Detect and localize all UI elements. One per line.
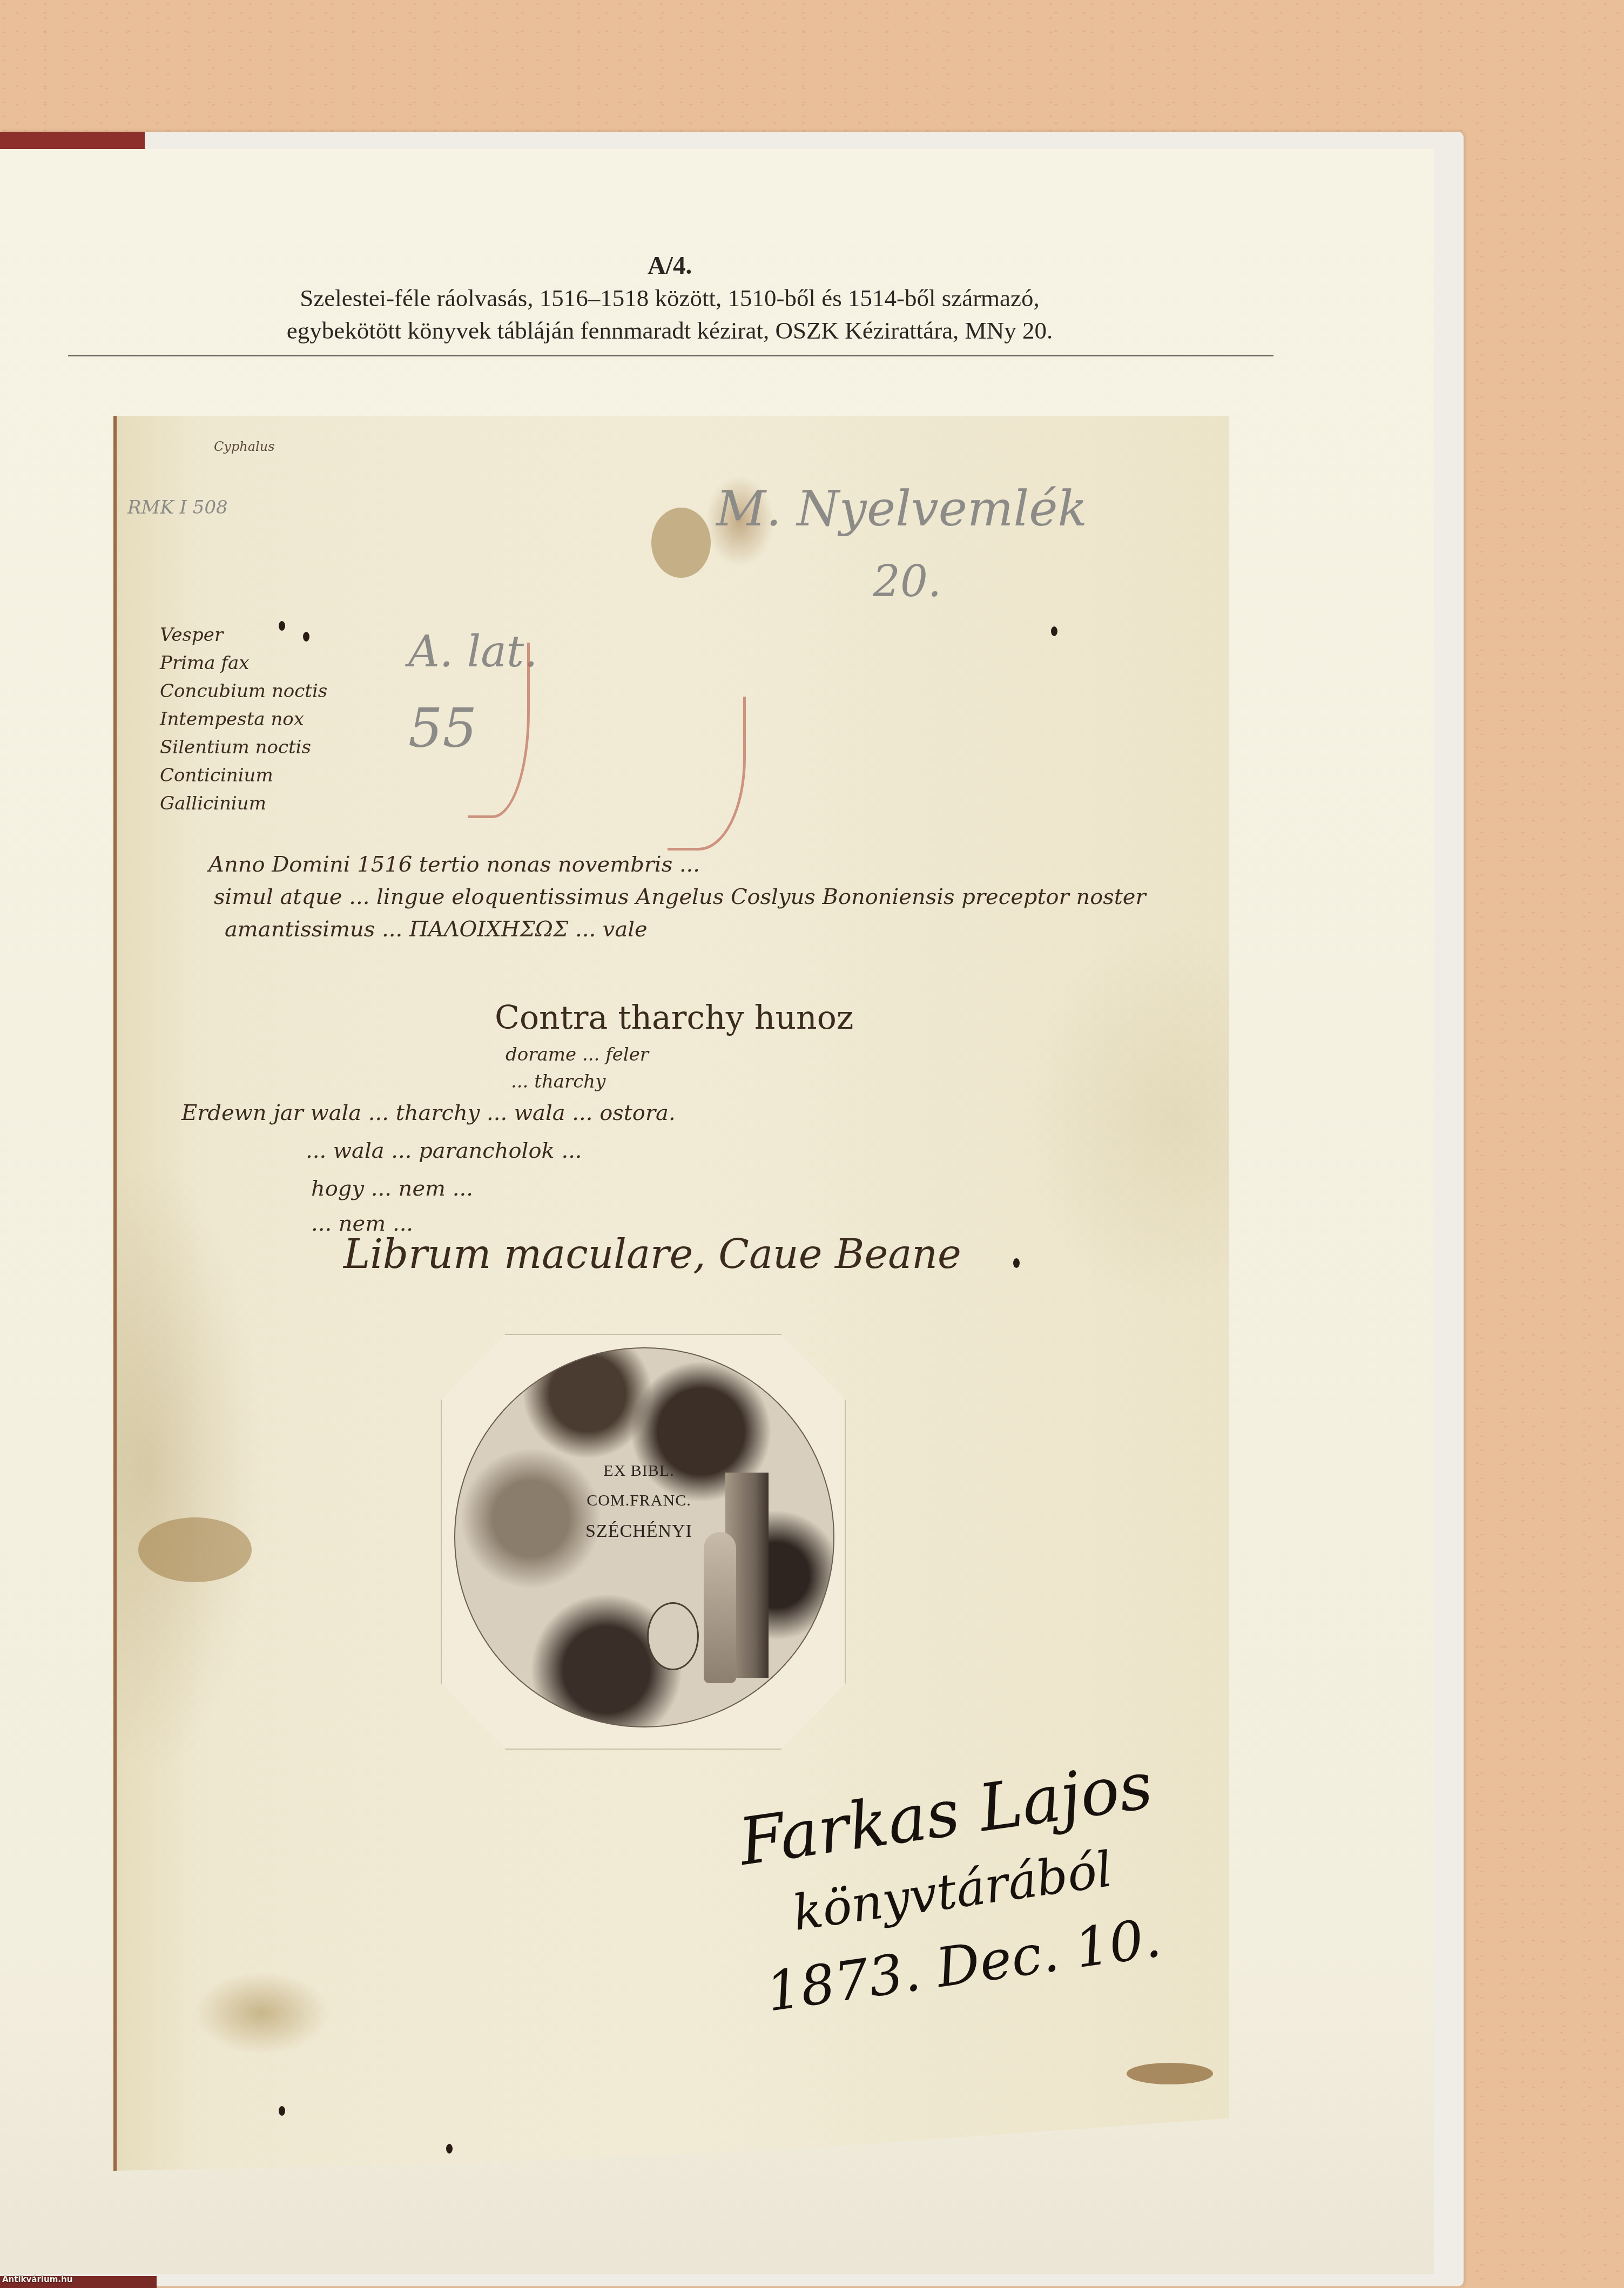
top-notes: Cyphalus [214, 437, 275, 456]
charm-title: Contra tharchy hunoz [495, 999, 853, 1037]
szechenyi-bookplate: EX BIBL. COM.FRANC. SZÉCHÉNYI [441, 1334, 846, 1750]
warrior-figure [704, 1532, 736, 1683]
margin-list-item: Conticinium [160, 761, 327, 789]
charm-line: ... tharchy [511, 1069, 605, 1094]
pencil-title: M. Nyelvemlék [716, 481, 1087, 537]
charm-line: Erdewn jar wala ... tharchy ... wala ...… [181, 1096, 676, 1130]
red-pencil-mark [668, 697, 746, 851]
margin-list-item: Intempesta nox [160, 705, 327, 733]
charm-line: hogy ... nem ... [311, 1172, 473, 1205]
annotation-line: amantissimus ... ΠΑΛΟΙΧΗΣΩΣ ... vale [225, 913, 648, 946]
plate-number: A/4. [65, 249, 1275, 282]
bookplate-line-2: COM.FRANC. [547, 1491, 731, 1510]
wormhole [1051, 626, 1057, 636]
bookplate-line-1: EX BIBL. [547, 1462, 731, 1480]
margin-list: Vesper Prima fax Concubium noctis Intemp… [160, 621, 327, 818]
coat-of-arms-shield [647, 1602, 699, 1670]
plate-caption: A/4. Szelestei-féle ráolvasás, 1516–1518… [65, 249, 1275, 347]
librum-maculare-inscription: Librum maculare, Caue Beane [343, 1231, 961, 1278]
bookplate-engraving: EX BIBL. COM.FRANC. SZÉCHÉNYI [454, 1347, 834, 1727]
bookplate-line-3: SZÉCHÉNYI [547, 1521, 731, 1542]
charm-line: ... wala ... parancholok ... [306, 1134, 582, 1167]
stain [651, 508, 711, 578]
pencil-55: 55 [408, 697, 477, 760]
caption-line-2: egybekötött könyvek tábláján fennmaradt … [65, 314, 1275, 347]
stain [138, 1517, 252, 1582]
margin-list-item: Vesper [160, 621, 327, 649]
wormhole [1013, 1258, 1020, 1268]
margin-list-item: Prima fax [160, 649, 327, 677]
stain [1127, 2063, 1213, 2084]
wormhole [279, 2106, 285, 2116]
manuscript-facsimile: Cyphalus RMK I 508 M. Nyelvemlék 20. A. … [113, 416, 1229, 2171]
watermark: Antikvárium.hu [2, 2274, 72, 2284]
margin-list-item: Silentium noctis [160, 733, 327, 761]
caption-line-1: Szelestei-féle ráolvasás, 1516–1518 közö… [65, 282, 1275, 314]
caption-divider [68, 355, 1273, 356]
pencil-number: 20. [873, 556, 941, 606]
shelfmark: RMK I 508 [127, 497, 228, 518]
charm-line: dorame ... feler [506, 1042, 649, 1067]
annotation-line: Anno Domini 1516 tertio nonas novembris … [208, 848, 700, 881]
top-notes-label: Cyphalus [214, 439, 275, 454]
wormhole [446, 2144, 453, 2154]
margin-list-item: Gallicinium [160, 789, 327, 818]
red-pencil-mark [468, 643, 530, 818]
annotation-line: simul atque ... lingue eloquentissimus A… [214, 880, 1146, 914]
margin-list-item: Concubium noctis [160, 677, 327, 705]
